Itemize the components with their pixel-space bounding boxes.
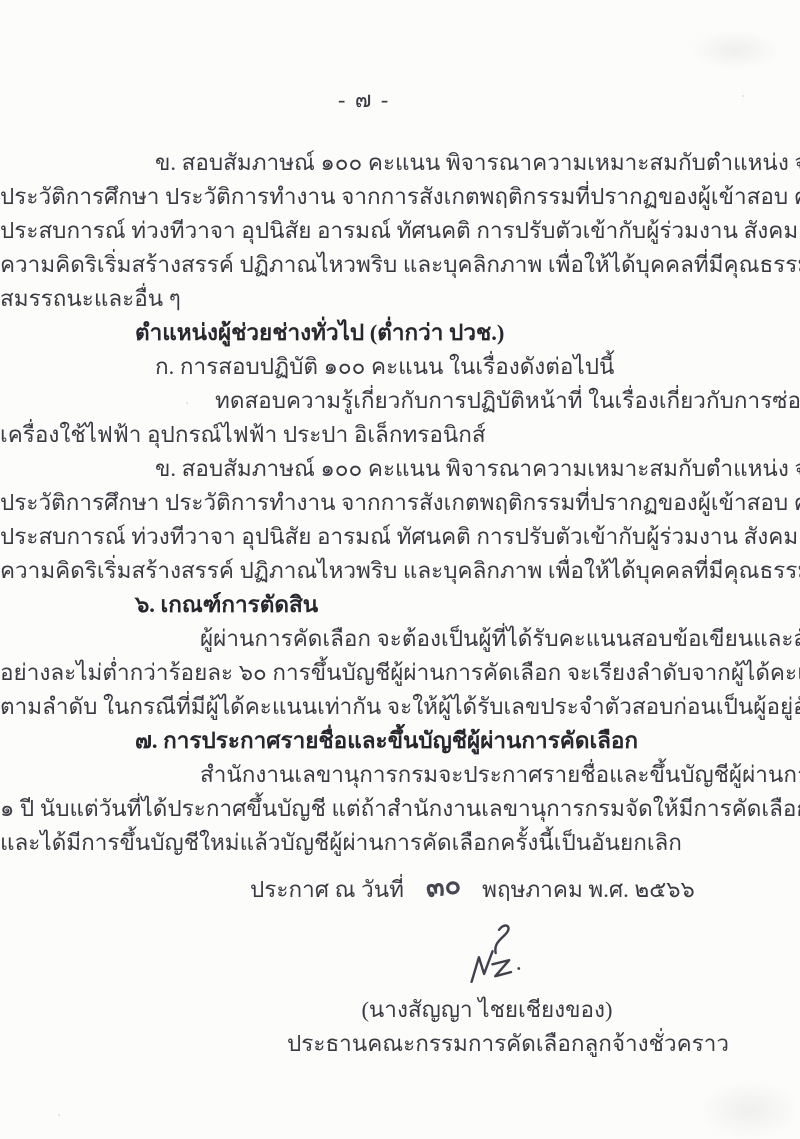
paragraph-line: ตามลำดับ ในกรณีที่มีผู้ได้คะแนนเท่ากัน จ…: [0, 690, 800, 724]
paragraph-line: ข. สอบสัมภาษณ์ ๑๐๐ คะแนน พิจารณาความเหมา…: [0, 452, 800, 486]
paragraph-line: ก. การสอบปฏิบัติ ๑๐๐ คะแนน ในเรื่องดังต่…: [0, 350, 800, 384]
paragraph-line: ประสบการณ์ ท่วงทีวาจา อุปนิสัย อารมณ์ ทั…: [0, 520, 800, 554]
date-prefix: ประกาศ ณ วันที่: [250, 877, 404, 902]
paragraph-line: ความคิดริเริ่มสร้างสรรค์ ปฏิภาณไหวพริบ แ…: [0, 554, 800, 588]
signatory-name: (นางสัญญา ไชยเชียงของ): [287, 993, 687, 1027]
paragraph-line: ผู้ผ่านการคัดเลือก จะต้องเป็นผู้ที่ได้รั…: [0, 622, 800, 656]
document-body: ข. สอบสัมภาษณ์ ๑๐๐ คะแนน พิจารณาความเหมา…: [0, 146, 800, 860]
page-number: - ๗ -: [338, 82, 390, 117]
paragraph-line: ทดสอบความรู้เกี่ยวกับการปฏิบัติหน้าที่ ใ…: [0, 384, 800, 418]
paragraph-line: ประสบการณ์ ท่วงทีวาจา อุปนิสัย อารมณ์ ทั…: [0, 214, 800, 248]
handwritten-day: ๓๐: [423, 862, 463, 909]
paragraph-line: ความคิดริเริ่มสร้างสรรค์ ปฏิภาณไหวพริบ แ…: [0, 248, 800, 282]
paragraph-line: และได้มีการขึ้นบัญชีใหม่แล้วบัญชีผู้ผ่าน…: [0, 826, 800, 860]
section-heading-criteria: ๖. เกณฑ์การตัดสิน: [0, 588, 800, 622]
scan-speck: [58, 1114, 60, 1116]
paragraph-line: ๑ ปี นับแต่วันที่ได้ประกาศขึ้นบัญชี แต่ถ…: [0, 792, 800, 826]
paragraph-line: ประวัติการศึกษา ประวัติการทำงาน จากการสั…: [0, 180, 800, 214]
scan-smudge: [690, 30, 780, 70]
paragraph-line: สมรรถนะและอื่น ๆ: [0, 282, 800, 316]
section-heading-announcement: ๗. การประกาศรายชื่อและขึ้นบัญชีผู้ผ่านกา…: [0, 724, 800, 758]
paragraph-line: ประวัติการศึกษา ประวัติการทำงาน จากการสั…: [0, 486, 800, 520]
paragraph-line: สำนักงานเลขานุการกรมจะประกาศรายชื่อและขึ…: [0, 758, 800, 792]
signatory-title: ประธานคณะกรรมการคัดเลือกลูกจ้างชั่วคราว: [287, 1027, 687, 1061]
scanned-document-page: - ๗ - ข. สอบสัมภาษณ์ ๑๐๐ คะแนน พิจารณาคว…: [0, 0, 800, 1139]
date-suffix: พฤษภาคม พ.ศ. ๒๕๖๖: [482, 877, 695, 902]
paragraph-line: อย่างละไม่ต่ำกว่าร้อยละ ๖๐ การขึ้นบัญชีผ…: [0, 656, 800, 690]
handwritten-signature-icon: [452, 922, 542, 994]
paragraph-line: เครื่องใช้ไฟฟ้า อุปกรณ์ไฟฟ้า ประปา อิเล็…: [0, 418, 800, 452]
scan-smudge: [700, 1080, 800, 1139]
section-heading-position: ตำแหน่งผู้ช่วยช่างทั่วไป (ต่ำกว่า ปวช.): [0, 316, 800, 350]
announcement-date-line: ประกาศ ณ วันที่ ๓๐ พฤษภาคม พ.ศ. ๒๕๖๖: [250, 866, 695, 909]
scan-speck: [742, 95, 744, 97]
paragraph-line: ข. สอบสัมภาษณ์ ๑๐๐ คะแนน พิจารณาความเหมา…: [0, 146, 800, 180]
signatory-block: (นางสัญญา ไชยเชียงของ) ประธานคณะกรรมการค…: [287, 993, 687, 1061]
